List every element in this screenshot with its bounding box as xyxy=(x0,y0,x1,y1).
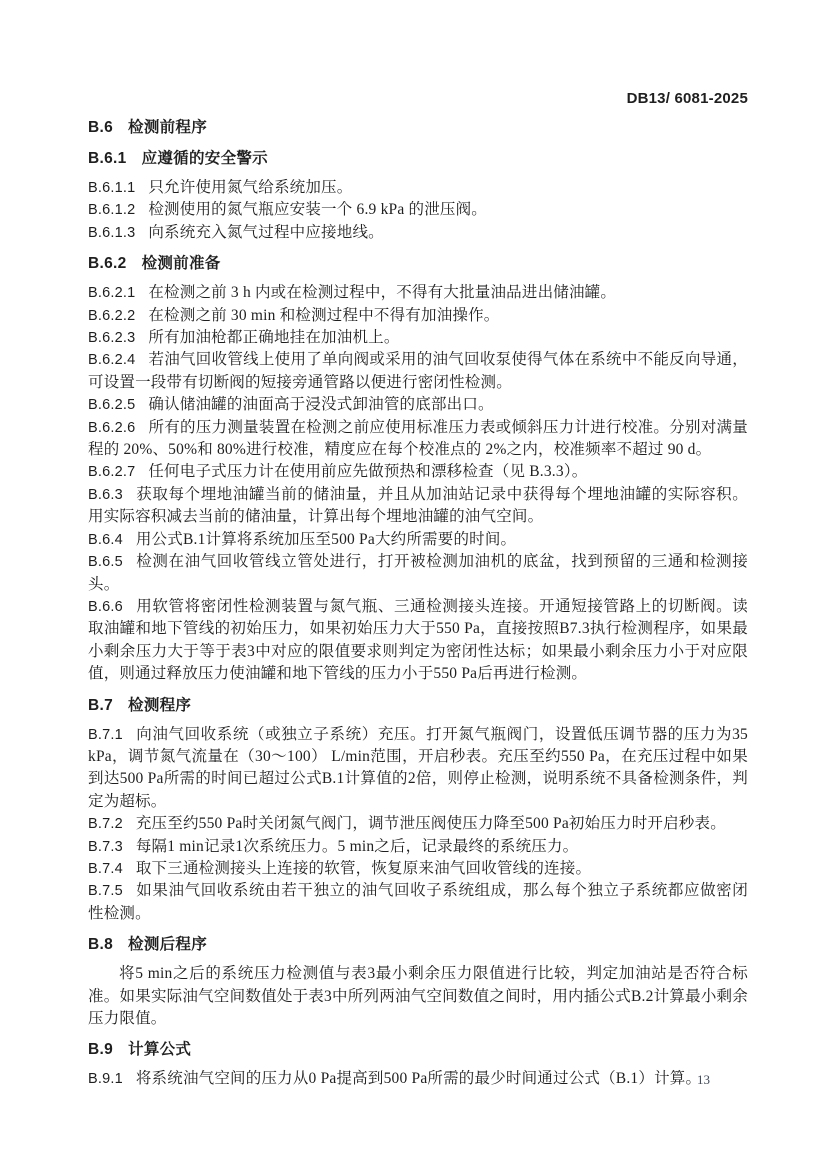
clause-number: B.7.5 xyxy=(88,883,123,899)
clause-title: 检测前准备 xyxy=(142,255,221,272)
clause-text: 将5 min之后的系统压力检测值与表3最小剩余压力限值进行比较，判定加油站是否符… xyxy=(88,965,748,1027)
clause-text: 每隔1 min记录1次系统压力。5 min之后，记录最终的系统压力。 xyxy=(136,838,579,855)
clause-text: 如果油气回收系统由若干独立的油气回收子系统组成，那么每个独立子系统都应做密闭性检… xyxy=(88,882,748,921)
clause-text: 获取每个埋地油罐当前的储油量，并且从加油站记录中获得每个埋地油罐的实际容积。用实… xyxy=(88,486,748,525)
clause-b6-1-1: B.6.1.1只允许使用氮气给系统加压。 xyxy=(88,177,748,199)
clause-text: 充压至约550 Pa时关闭氮气阀门，调节泄压阀使压力降至500 Pa初始压力时开… xyxy=(136,815,726,832)
clause-text: 用软管将密闭性检测装置与氮气瓶、三通检测接头连接。开通短接管路上的切断阀。读取油… xyxy=(88,598,748,682)
clause-b6-2-4: B.6.2.4若油气回收管线上使用了单向阀或采用的油气回收泵使得气体在系统中不能… xyxy=(88,349,748,394)
clause-number: B.6.6 xyxy=(88,599,123,615)
clause-b6-2-7: B.6.2.7任何电子式压力计在使用前应先做预热和漂移检查（见 B.3.3）。 xyxy=(88,461,748,483)
clause-number: B.6.3 xyxy=(88,487,123,503)
clause-number: B.6.5 xyxy=(88,554,123,570)
clause-number: B.6.2.1 xyxy=(88,285,135,301)
clause-number: B.9 xyxy=(88,1041,113,1058)
clause-text: 取下三通检测接头上连接的软管，恢复原来油气回收管线的连接。 xyxy=(136,860,591,877)
clause-text: 所有的压力测量装置在检测之前应使用标准压力表或倾斜压力计进行校准。分别对满量程的… xyxy=(88,419,748,458)
clause-title: 检测后程序 xyxy=(128,936,207,953)
heading-b6: B.6检测前程序 xyxy=(88,117,748,139)
clause-b7-5: B.7.5如果油气回收系统由若干独立的油气回收子系统组成，那么每个独立子系统都应… xyxy=(88,880,748,925)
clause-b7-4: B.7.4取下三通检测接头上连接的软管，恢复原来油气回收管线的连接。 xyxy=(88,858,748,880)
clause-b7-3: B.7.3每隔1 min记录1次系统压力。5 min之后，记录最终的系统压力。 xyxy=(88,836,748,858)
clause-number: B.7.3 xyxy=(88,839,123,855)
clause-title: 计算公式 xyxy=(128,1041,191,1058)
clause-text: 在检测之前 30 min 和检测过程中不得有加油操作。 xyxy=(148,307,499,324)
clause-number: B.8 xyxy=(88,936,113,953)
heading-b9: B.9计算公式 xyxy=(88,1039,748,1061)
clause-b6-3: B.6.3获取每个埋地油罐当前的储油量，并且从加油站记录中获得每个埋地油罐的实际… xyxy=(88,484,748,529)
heading-b7: B.7检测程序 xyxy=(88,695,748,717)
clause-text: 所有加油枪都正确地挂在加油机上。 xyxy=(148,329,399,346)
clause-b9-1: B.9.1将系统油气空间的压力从0 Pa提高到500 Pa所需的最少时间通过公式… xyxy=(88,1068,748,1090)
clause-b6-1-2: B.6.1.2检测使用的氮气瓶应安装一个 6.9 kPa 的泄压阀。 xyxy=(88,199,748,221)
clause-number: B.6.2.3 xyxy=(88,330,135,346)
clause-text: 将系统油气空间的压力从0 Pa提高到500 Pa所需的最少时间通过公式（B.1）… xyxy=(136,1070,701,1087)
clause-number: B.6.2.2 xyxy=(88,308,135,324)
clause-number: B.6.2.4 xyxy=(88,352,135,368)
clause-number: B.9.1 xyxy=(88,1071,123,1087)
heading-b6-1: B.6.1应遵循的安全警示 xyxy=(88,148,748,170)
clause-number: B.7.1 xyxy=(88,727,123,743)
clause-number: B.6.1 xyxy=(88,150,127,167)
clause-b6-6: B.6.6用软管将密闭性检测装置与氮气瓶、三通检测接头连接。开通短接管路上的切断… xyxy=(88,596,748,686)
clause-number: B.6.2.5 xyxy=(88,397,135,413)
clause-title: 检测程序 xyxy=(128,697,191,714)
clause-text: 若油气回收管线上使用了单向阀或采用的油气回收泵使得气体在系统中不能反向导通，可设… xyxy=(88,351,748,390)
clause-b6-5: B.6.5检测在油气回收管线立管处进行，打开被检测加油机的底盆，找到预留的三通和… xyxy=(88,551,748,596)
clause-text: 确认储油罐的油面高于浸没式卸油管的底部出口。 xyxy=(148,396,493,413)
clause-title: 应遵循的安全警示 xyxy=(142,150,268,167)
clause-number: B.6.2 xyxy=(88,255,127,272)
clause-b6-2-6: B.6.2.6所有的压力测量装置在检测之前应使用标准压力表或倾斜压力计进行校准。… xyxy=(88,417,748,462)
clause-number: B.7.2 xyxy=(88,816,123,832)
clause-b6-2-3: B.6.2.3所有加油枪都正确地挂在加油机上。 xyxy=(88,327,748,349)
clause-number: B.6.2.7 xyxy=(88,464,135,480)
clause-number: B.6.4 xyxy=(88,532,123,548)
clause-number: B.6 xyxy=(88,119,113,136)
clause-number: B.7.4 xyxy=(88,861,123,877)
clause-text: 检测在油气回收管线立管处进行，打开被检测加油机的底盆，找到预留的三通和检测接头。 xyxy=(88,553,748,592)
clause-b7-1: B.7.1向油气回收系统（或独立子系统）充压。打开氮气瓶阀门，设置低压调节器的压… xyxy=(88,724,748,814)
clause-text: 用公式B.1计算将系统加压至500 Pa大约所需要的时间。 xyxy=(136,531,516,548)
clause-number: B.6.1.2 xyxy=(88,202,135,218)
clause-b6-1-3: B.6.1.3向系统充入氮气过程中应接地线。 xyxy=(88,222,748,244)
clause-text: 检测使用的氮气瓶应安装一个 6.9 kPa 的泄压阀。 xyxy=(148,201,487,218)
clause-text: 向油气回收系统（或独立子系统）充压。打开氮气瓶阀门，设置低压调节器的压力为35 … xyxy=(88,726,748,810)
heading-b6-2: B.6.2检测前准备 xyxy=(88,253,748,275)
clause-number: B.7 xyxy=(88,697,113,714)
clause-number: B.6.1.1 xyxy=(88,180,135,196)
clause-number: B.6.1.3 xyxy=(88,225,135,241)
paragraph-b8-body: 将5 min之后的系统压力检测值与表3最小剩余压力限值进行比较，判定加油站是否符… xyxy=(88,963,748,1030)
clause-number: B.6.2.6 xyxy=(88,420,135,436)
clause-b6-2-1: B.6.2.1在检测之前 3 h 内或在检测过程中，不得有大批量油品进出储油罐。 xyxy=(88,282,748,304)
document-page: DB13/ 6081-2025 B.6检测前程序 B.6.1应遵循的安全警示 B… xyxy=(0,0,817,1163)
clause-b7-2: B.7.2充压至约550 Pa时关闭氮气阀门，调节泄压阀使压力降至500 Pa初… xyxy=(88,813,748,835)
clause-title: 检测前程序 xyxy=(128,119,207,136)
clause-b6-2-5: B.6.2.5确认储油罐的油面高于浸没式卸油管的底部出口。 xyxy=(88,394,748,416)
clause-text: 向系统充入氮气过程中应接地线。 xyxy=(148,224,384,241)
clause-b6-2-2: B.6.2.2在检测之前 30 min 和检测过程中不得有加油操作。 xyxy=(88,305,748,327)
clause-b6-4: B.6.4用公式B.1计算将系统加压至500 Pa大约所需要的时间。 xyxy=(88,529,748,551)
page-number: 13 xyxy=(697,1072,710,1088)
clause-text: 任何电子式压力计在使用前应先做预热和漂移检查（见 B.3.3）。 xyxy=(148,463,587,480)
heading-b8: B.8检测后程序 xyxy=(88,934,748,956)
clause-text: 只允许使用氮气给系统加压。 xyxy=(148,179,352,196)
clause-text: 在检测之前 3 h 内或在检测过程中，不得有大批量油品进出储油罐。 xyxy=(148,284,616,301)
standard-code-header: DB13/ 6081-2025 xyxy=(88,90,748,108)
